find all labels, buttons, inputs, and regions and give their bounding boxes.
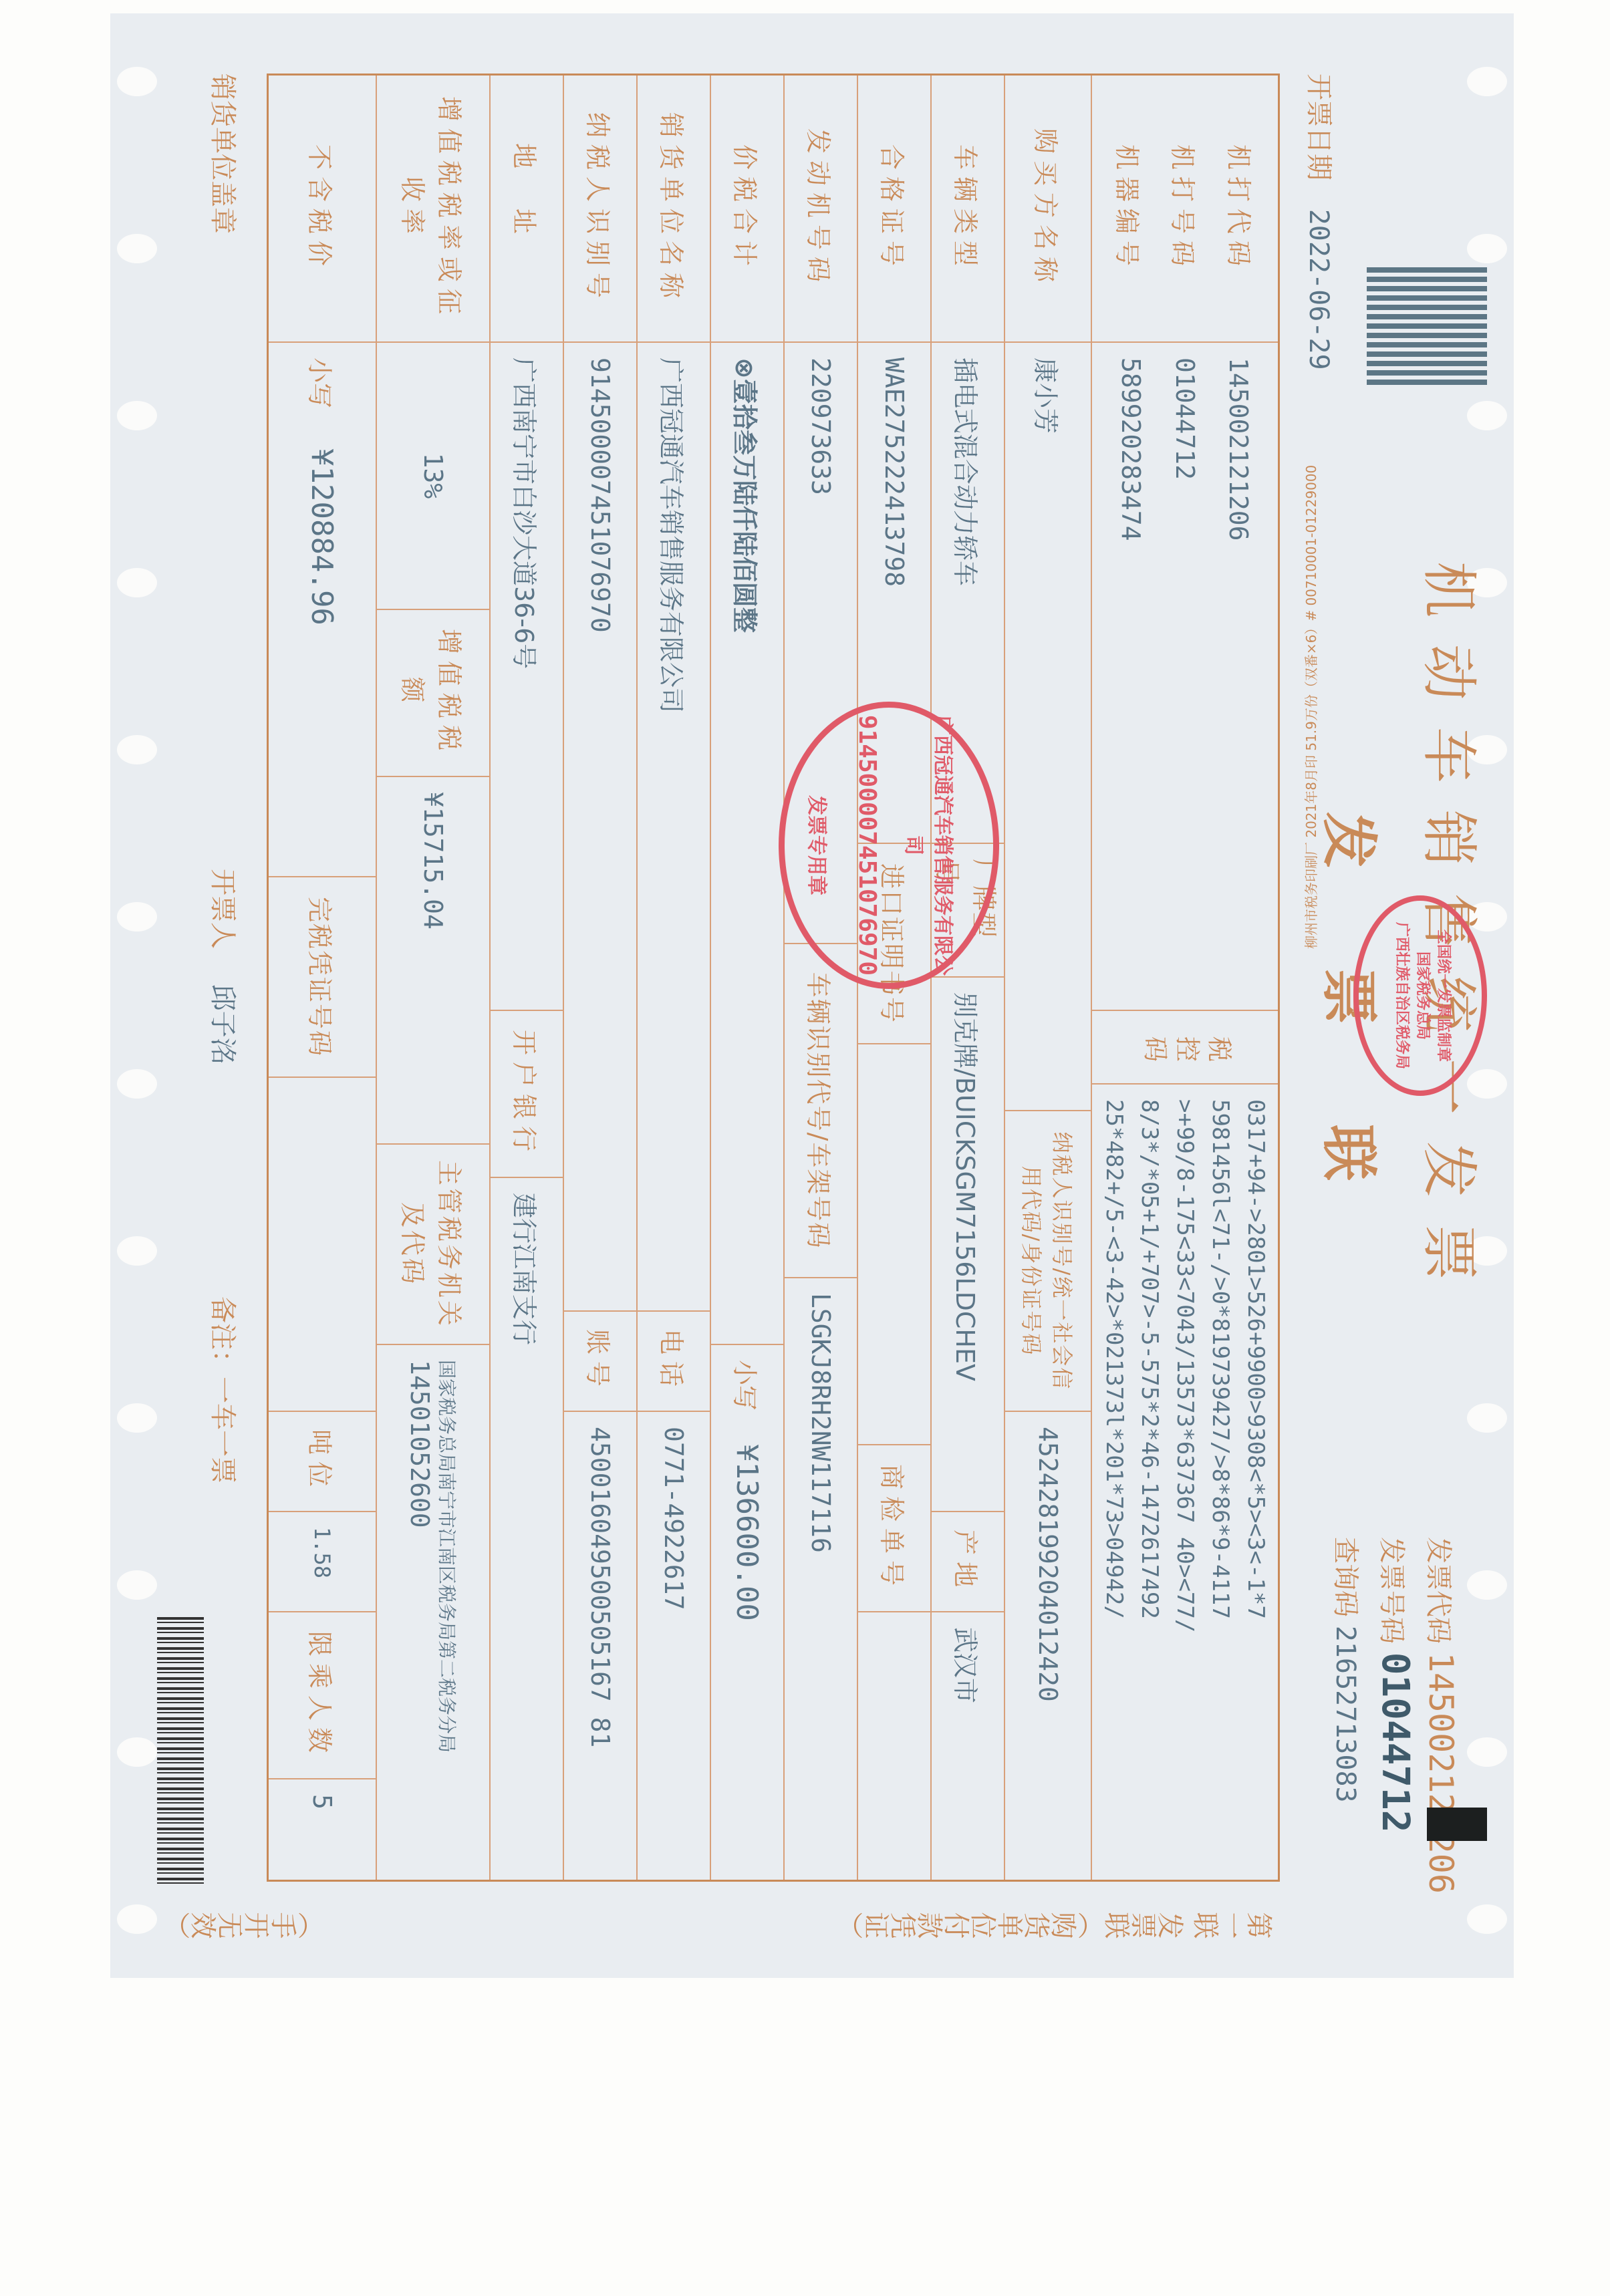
tonnage: 1.58: [269, 1512, 376, 1612]
seller-account-label: 账号: [563, 1312, 636, 1412]
seller-account: 450016049500505167 81: [563, 1412, 636, 1880]
total-upper: ⊗壹拾叁万陆仟陆佰圆整: [710, 343, 783, 1345]
invoice-number: 发票号码 01044712: [1373, 1537, 1417, 1832]
brand-model: 别克牌/BUICKSGM7156LDCHEV: [930, 978, 1004, 1512]
copy-note: 第一联 发票联（购货单位付款凭证）: [404, 1904, 1273, 1943]
handwritten-invalid-note: （手开无效）: [164, 1904, 324, 1943]
seller-phone-label: 电话: [636, 1312, 710, 1412]
origin-label: 产地: [930, 1512, 1004, 1612]
invoice-rotated: 机动车销售统一发票 发票联 全国统一发票监制章 国家税务总局 广西壮族自治区税务…: [110, 13, 1514, 1978]
total-label: 价税合计: [710, 76, 783, 343]
seller-phone: 0771-4922617: [636, 1412, 710, 1880]
seller-name-label: 销货单位名称: [636, 76, 710, 343]
passenger-limit-label: 限乘人数: [269, 1612, 376, 1779]
price-excl-label: 不含税价: [269, 76, 376, 343]
origin: 武汉市: [930, 1612, 1004, 1880]
tax-paid-cert: [269, 1078, 376, 1412]
tax-authority-label: 主管税务机关及代码: [376, 1145, 489, 1345]
seller-tax-id-label: 纳税人识别号: [563, 76, 636, 343]
supervision-stamp: 全国统一发票监制章 国家税务总局 广西壮族自治区税务局: [1353, 895, 1487, 1096]
seller-tax-id: 914500007451076970: [563, 343, 636, 1312]
inspection-label: 商检单号: [857, 1445, 930, 1612]
tax-authority: 国家税务总局南宁市江南区税务局第二税务分局 14501052600: [376, 1345, 489, 1880]
seller-bank: 建行江南支行: [489, 1178, 563, 1880]
seller-stamp-label: 销货单位盖章: [206, 74, 244, 234]
vin: LSGKJ8RH2NW117116: [783, 1278, 857, 1880]
vat-amount-label: 增值税税额: [376, 610, 489, 777]
vat-amount: ¥15715.04: [376, 777, 489, 1145]
tax-control-label: 税控码: [1091, 1011, 1278, 1085]
printer-line: 柳州市税务印刷厂 2021年8月印 51.9万份（双番×6）# 00710001…: [1301, 465, 1320, 949]
remark: 备注：一车一票: [206, 1296, 244, 1483]
vat-rate: 13%: [376, 343, 489, 610]
invoice-paper: 机动车销售统一发票 发票联 全国统一发票监制章 国家税务总局 广西壮族自治区税务…: [110, 13, 1514, 1978]
passenger-limit: 5: [269, 1779, 376, 1880]
issue-date: 开票日期 2022-06-29: [1302, 74, 1340, 370]
engine-no-label: 发动机号码: [783, 76, 857, 343]
certificate-label: 合格证号: [857, 76, 930, 343]
qr-code: [1367, 267, 1487, 388]
tax-control-code: 0317+94->2801>526+9900>9308<*5><3<-1*7 5…: [1091, 1085, 1278, 1880]
import-cert-no: [857, 1044, 930, 1445]
tonnage-label: 吨位: [269, 1412, 376, 1512]
registration-mark: [1427, 1808, 1487, 1841]
buyer-name-label: 购买方名称: [1004, 76, 1091, 343]
vin-label: 车辆识别代号/车架号码: [783, 944, 857, 1278]
seller-address-label: 地址: [489, 76, 563, 343]
machine-info-labels: 机打代码 机打号码 机器编号: [1091, 76, 1278, 343]
seller-invoice-stamp: 广西冠通汽车销售服务有限公司 914500007451076970 发票专用章: [779, 702, 999, 989]
inspection-no: [857, 1612, 930, 1880]
buyer-id: 452428199204012420: [1004, 1412, 1091, 1880]
total-lower: 小写 ¥136600.00: [710, 1345, 783, 1880]
seller-bank-label: 开户银行: [489, 1011, 563, 1178]
tax-paid-cert-label: 完税凭证号码: [269, 877, 376, 1078]
vat-rate-label: 增值税税率或征收率: [376, 76, 489, 343]
barcode: [157, 1617, 204, 1884]
invoice-table: 机打代码 机打号码 机器编号 145002121206 01044712 589…: [267, 74, 1280, 1882]
buyer-name: 康小芳: [1004, 343, 1091, 1111]
price-excl: 小写 ¥120884.96: [269, 343, 376, 877]
machine-info-values: 145002121206 01044712 589920283474: [1091, 343, 1278, 1011]
seller-address: 广西南宁市白沙大道36-6号: [489, 343, 563, 1011]
seller-name: 广西冠通汽车销售服务有限公司: [636, 343, 710, 1312]
issuer: 开票人 邱子洺: [206, 869, 244, 1064]
query-code: 查询码 21652713083: [1329, 1537, 1367, 1803]
vehicle-type-label: 车辆类型: [930, 76, 1004, 343]
buyer-id-label: 纳税人识别号/统一社会信用代码/身份证号码: [1004, 1111, 1091, 1412]
